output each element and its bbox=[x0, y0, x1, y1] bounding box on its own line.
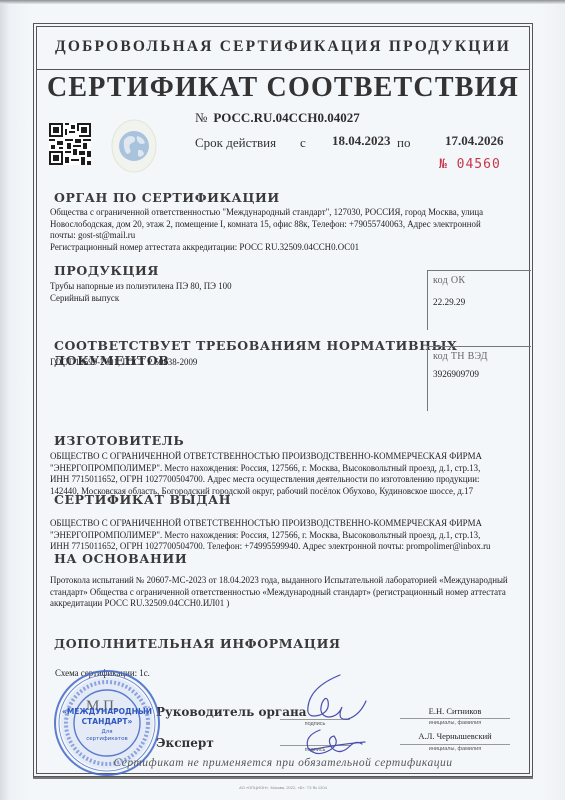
standards-text: ГОСТ 18599-2001, ГОСТ Р 50838-2009 bbox=[50, 357, 197, 369]
section-title-issued-to: СЕРТИФИКАТ ВЫДАН bbox=[54, 492, 231, 507]
number-sign: № bbox=[195, 110, 207, 125]
text-line: ОБЩЕСТВО С ОГРАНИЧЕННОЙ ОТВЕТСТВЕННОСТЬЮ… bbox=[50, 518, 490, 530]
section-title-manufacturer: ИЗГОТОВИТЕЛЬ bbox=[54, 433, 184, 448]
globe-logo-icon bbox=[110, 118, 158, 174]
text-line: стандарт» Общества с ограниченной ответс… bbox=[50, 587, 508, 599]
expert-name: А.Л. Чернышевский bbox=[400, 731, 510, 741]
certificate-number: №РОСС.RU.04ССН0.04027 bbox=[195, 110, 360, 126]
text-line: Серийный выпуск bbox=[50, 293, 232, 305]
section-title-product: ПРОДУКЦИЯ bbox=[54, 263, 159, 278]
seal-text-line-1: «МЕЖДУНАРОДНЫЙ bbox=[62, 707, 152, 716]
expert-name-caption: инициалы, фамилия bbox=[400, 746, 510, 752]
expert-label: Эксперт bbox=[156, 736, 214, 750]
text-line: Трубы напорные из полиэтилена ПЭ 80, ПЭ … bbox=[50, 281, 232, 293]
text-line: ИНН 7715011652, ОГРН 1027700504700. Адре… bbox=[50, 474, 482, 486]
text-line: "ЭНЕРГОПРОМПОЛИМЕР". Место нахождения: Р… bbox=[50, 463, 482, 475]
expert-name-line bbox=[400, 744, 510, 745]
text-line: почты: gost-st@mail.ru bbox=[50, 230, 483, 242]
section-title-certification-body: ОРГАН ПО СЕРТИФИКАЦИИ bbox=[54, 190, 280, 205]
validity-from-label: с bbox=[300, 135, 306, 151]
ok-code-box: код ОК 22.29.29 bbox=[427, 270, 531, 330]
tnved-code-label: код ТН ВЭД bbox=[433, 351, 488, 362]
printer-imprint: АО «ОПЦИОН», Москва, 2022, «Б». Т3 № 120… bbox=[36, 785, 530, 790]
text-line: ОБЩЕСТВО С ОГРАНИЧЕННОЙ ОТВЕТСТВЕННОСТЬЮ… bbox=[50, 451, 482, 463]
text-line: Протокола испытаний № 20607-МС-2023 от 1… bbox=[50, 575, 508, 587]
head-name: Е.Н. Ситников bbox=[400, 706, 510, 716]
paper-top-edge bbox=[0, 0, 565, 4]
certification-body-text: Общества с ограниченной ответственностью… bbox=[50, 207, 483, 253]
form-serial-number: № 04560 bbox=[439, 157, 501, 172]
seal-text-line-3: Для bbox=[101, 729, 112, 735]
text-line: "ЭНЕРГОПРОМПОЛИМЕР". Место нахождения: Р… bbox=[50, 530, 490, 542]
head-name-line bbox=[400, 718, 510, 719]
basis-text: Протокола испытаний № 20607-МС-2023 от 1… bbox=[50, 575, 508, 610]
manufacturer-text: ОБЩЕСТВО С ОГРАНИЧЕННОЙ ОТВЕТСТВЕННОСТЬЮ… bbox=[50, 451, 482, 497]
qr-code-icon bbox=[49, 123, 91, 165]
non-mandatory-notice: Сертификат не применяется при обязательн… bbox=[36, 757, 530, 769]
certificate-title: СЕРТИФИКАТ СООТВЕТСТВИЯ bbox=[36, 72, 530, 104]
tnved-code-value: 3926909709 bbox=[433, 369, 479, 379]
head-name-caption: инициалы, фамилия bbox=[400, 720, 510, 726]
ok-code-label: код ОК bbox=[433, 275, 465, 286]
section-title-basis: НА ОСНОВАНИИ bbox=[54, 551, 187, 566]
text-line: Общества с ограниченной ответственностью… bbox=[50, 207, 483, 219]
validity-label: Срок действия bbox=[195, 135, 276, 151]
validity-from-date: 18.04.2023 bbox=[332, 133, 391, 149]
certificate-number-value: РОСС.RU.04ССН0.04027 bbox=[213, 110, 359, 125]
validity-to-date: 17.04.2026 bbox=[445, 133, 504, 149]
ok-code-value: 22.29.29 bbox=[433, 297, 465, 307]
handwritten-signature bbox=[300, 670, 375, 760]
text-line: аккредитации РОСС RU.32509.04ССН0.ИЛ01 ) bbox=[50, 598, 508, 610]
seal-text-line-2: СТАНДАРТ» bbox=[82, 717, 133, 726]
validity-to-label: по bbox=[397, 135, 410, 151]
tnved-code-box: код ТН ВЭД 3926909709 bbox=[427, 346, 531, 411]
product-text: Трубы напорные из полиэтилена ПЭ 80, ПЭ … bbox=[50, 281, 232, 304]
head-of-body-label: Руководитель органа bbox=[156, 705, 307, 719]
text-line: Регистрационный номер аттестата аккредит… bbox=[50, 242, 483, 254]
text-line: ГОСТ 18599-2001, ГОСТ Р 50838-2009 bbox=[50, 357, 197, 369]
header-divider bbox=[36, 69, 530, 70]
seal-text-line-4: сертификатов bbox=[86, 736, 127, 742]
issued-to-text: ОБЩЕСТВО С ОГРАНИЧЕННОЙ ОТВЕТСТВЕННОСТЬЮ… bbox=[50, 518, 490, 553]
section-title-additional-info: ДОПОЛНИТЕЛЬНАЯ ИНФОРМАЦИЯ bbox=[54, 636, 341, 651]
voluntary-certification-heading: ДОБРОВОЛЬНАЯ СЕРТИФИКАЦИЯ ПРОДУКЦИИ bbox=[36, 38, 530, 56]
text-line: Новослободская, дом 20, этаж 2, помещени… bbox=[50, 219, 483, 231]
